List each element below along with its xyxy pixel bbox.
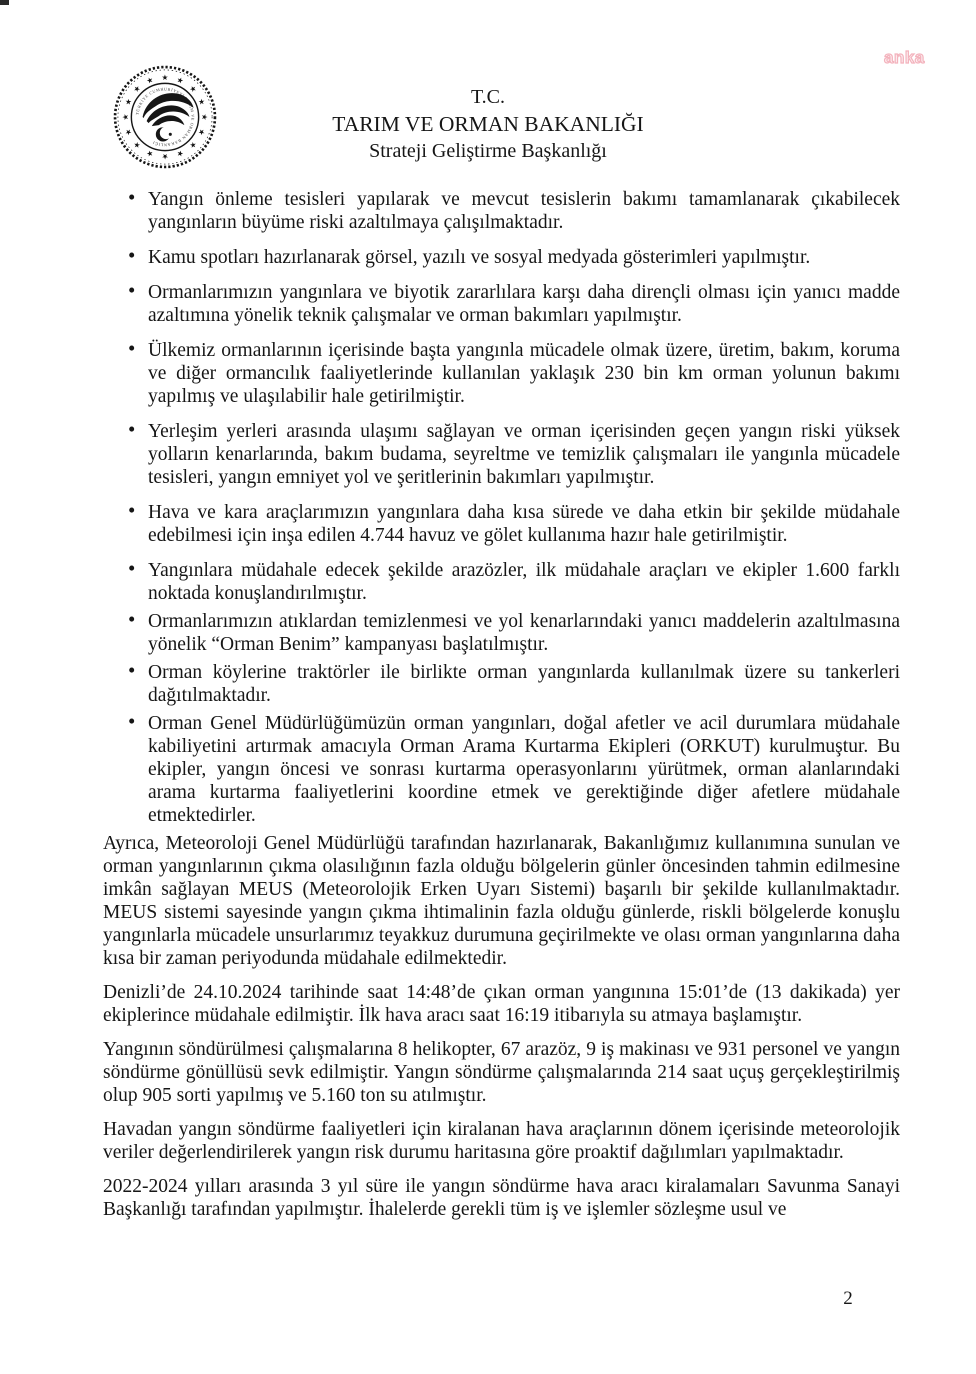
letterhead-ministry: TARIM VE ORMAN BAKANLIĞI	[0, 111, 976, 138]
bullet-marker: •	[128, 186, 135, 209]
bullet-item: •Hava ve kara araçlarımızın yangınlara d…	[103, 501, 900, 547]
bullet-text: Ormanlarımızın atıklardan temizlenmesi v…	[148, 611, 900, 655]
bullet-text: Kamu spotları hazırlanarak görsel, yazıl…	[148, 247, 810, 268]
bullet-marker: •	[128, 418, 135, 441]
svg-text:★: ★	[162, 73, 169, 82]
anka-watermark: anka	[884, 48, 925, 68]
bullet-text: Orman köylerine traktörler ile birlikte …	[148, 662, 900, 706]
bullet-marker: •	[128, 608, 135, 631]
bullet-marker: •	[128, 337, 135, 360]
body-paragraph: Yangının söndürülmesi çalışmalarına 8 he…	[103, 1038, 900, 1107]
paragraph-section: Ayrıca, Meteoroloji Genel Müdürlüğü tara…	[103, 832, 900, 1221]
bullet-item: •Yerleşim yerleri arasında ulaşımı sağla…	[103, 420, 900, 489]
bullet-list: •Yangın önleme tesisleri yapılarak ve me…	[103, 188, 900, 827]
bullet-item: •Orman köylerine traktörler ile birlikte…	[103, 661, 900, 707]
letterhead-tc: T.C.	[0, 84, 976, 111]
bullet-marker: •	[128, 279, 135, 302]
bullet-marker: •	[128, 244, 135, 267]
bullet-item: •Orman Genel Müdürlüğümüzün orman yangın…	[103, 712, 900, 827]
bullet-text: Orman Genel Müdürlüğümüzün orman yangınl…	[148, 713, 900, 826]
letterhead: T.C. TARIM VE ORMAN BAKANLIĞI Strateji G…	[0, 84, 976, 165]
body-paragraph: Ayrıca, Meteoroloji Genel Müdürlüğü tara…	[103, 832, 900, 970]
document-page: anka ★ ★ ★ ★ ★ ★ ★ ★ ★ ★ ★ ★	[0, 0, 976, 1374]
body-paragraph: 2022-2024 yılları arasında 3 yıl süre il…	[103, 1175, 900, 1221]
bullet-text: Hava ve kara araçlarımızın yangınlara da…	[148, 502, 900, 546]
bullet-text: Yangın önleme tesisleri yapılarak ve mev…	[148, 189, 900, 233]
scan-edge-artifact	[0, 0, 9, 5]
bullet-text: Yerleşim yerleri arasında ulaşımı sağlay…	[148, 421, 900, 488]
document-body: •Yangın önleme tesisleri yapılarak ve me…	[103, 188, 900, 1232]
bullet-item: •Ülkemiz ormanlarının içerisinde başta y…	[103, 339, 900, 408]
bullet-item: •Ormanlarımızın yangınlara ve biyotik za…	[103, 281, 900, 327]
body-paragraph: Havadan yangın söndürme faaliyetleri içi…	[103, 1118, 900, 1164]
bullet-item: •Yangınlara müdahale edecek şekilde araz…	[103, 559, 900, 605]
bullet-text: Yangınlara müdahale edecek şekilde arazö…	[148, 560, 900, 604]
bullet-text: Ormanlarımızın yangınlara ve biyotik zar…	[148, 282, 900, 326]
letterhead-department: Strateji Geliştirme Başkanlığı	[0, 138, 976, 165]
bullet-marker: •	[128, 710, 135, 733]
bullet-text: Ülkemiz ormanlarının içerisinde başta ya…	[148, 340, 900, 407]
bullet-marker: •	[128, 499, 135, 522]
page-number: 2	[828, 1288, 868, 1310]
bullet-marker: •	[128, 659, 135, 682]
bullet-item: •Kamu spotları hazırlanarak görsel, yazı…	[103, 246, 900, 269]
body-paragraph: Denizli’de 24.10.2024 tarihinde saat 14:…	[103, 981, 900, 1027]
bullet-marker: •	[128, 557, 135, 580]
bullet-item: •Yangın önleme tesisleri yapılarak ve me…	[103, 188, 900, 234]
bullet-item: •Ormanlarımızın atıklardan temizlenmesi …	[103, 610, 900, 656]
